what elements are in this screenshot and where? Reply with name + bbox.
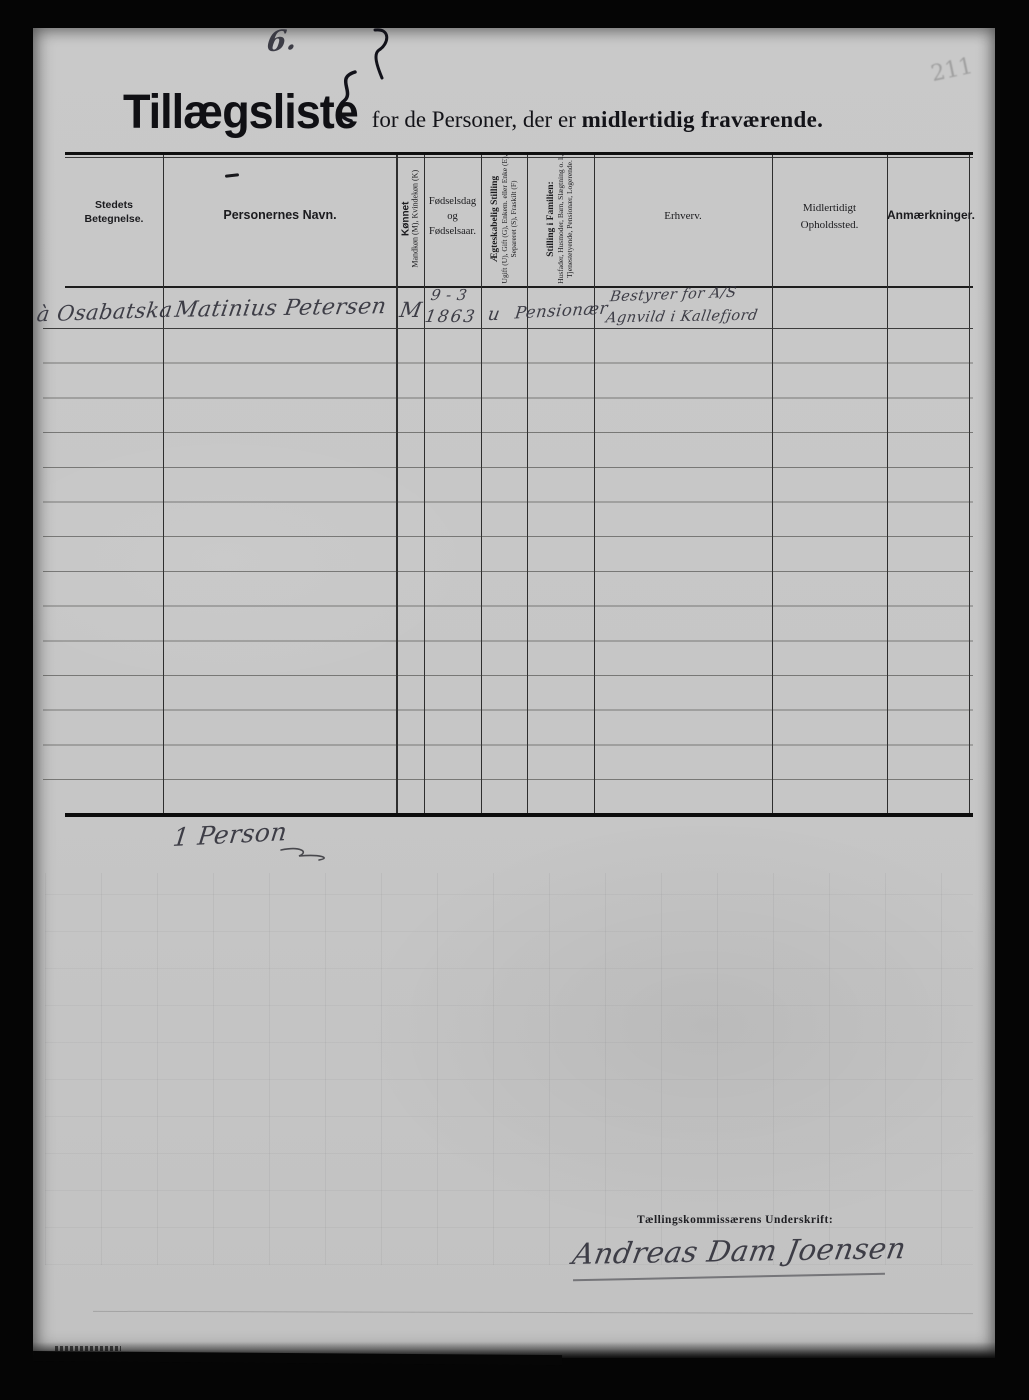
header-stedets-line2: Betegnelse. xyxy=(65,212,163,226)
signature-label: Tællingskommissærens Underskrift: xyxy=(637,1214,833,1226)
ink-squiggle-top xyxy=(369,26,395,84)
entry-konnet: M xyxy=(398,298,424,322)
table-bottom-rule xyxy=(65,813,973,817)
top-ink-mark: 6. xyxy=(265,22,299,58)
entry-fodselsaar: 1863 xyxy=(423,307,478,327)
entry-fodselsdag: 9 - 3 xyxy=(429,286,468,304)
header-stilling-sub: Husfader, Husmoder, Barn, Slægtning o. l… xyxy=(557,154,574,284)
entry-sted: à Osabatska xyxy=(35,298,174,327)
header-stedets-line1: Stedets xyxy=(65,198,163,212)
corner-pencil-mark: 211 xyxy=(929,54,975,87)
table-row-lines xyxy=(43,328,973,814)
header-bottom-rule xyxy=(65,286,973,288)
paper-crease xyxy=(93,1311,973,1314)
entry-aegteskabelig: u xyxy=(486,304,502,325)
column-header-erhverv: Erhverv. xyxy=(594,210,772,222)
paper-sheet: 6. 211 Tillægsliste for de Personer, der… xyxy=(33,28,995,1358)
ink-dash-mark xyxy=(225,173,239,177)
form-title: Tillægsliste for de Personer, der er mid… xyxy=(123,86,823,138)
column-header-anmaerkninger: Anmærkninger. xyxy=(887,208,969,222)
entry-navn: Matinius Petersen xyxy=(173,294,388,323)
form-title-main: Tillægsliste xyxy=(123,84,358,140)
bleed-through-grid xyxy=(45,873,973,1265)
header-konnet-sub: Mandkøn (M), Kvindekøn (K) xyxy=(411,154,420,284)
column-header-opholdssted: Midlertidigt Opholdssted. xyxy=(772,200,887,234)
form-title-subtitle: for de Personer, der er midlertidig frav… xyxy=(372,107,823,133)
first-row-rule xyxy=(43,328,973,329)
form-title-subtitle-bold: midlertidig fraværende. xyxy=(582,107,824,132)
commissioner-signature: Andreas Dam Joensen xyxy=(570,1231,909,1271)
entry-erhverv-line1: Bestyrer for A/S xyxy=(609,285,738,306)
summary-flourish xyxy=(171,844,311,864)
header-opholdssted-line2: Opholdssted. xyxy=(772,217,887,234)
signature-underline xyxy=(573,1273,885,1282)
header-opholdssted-line1: Midlertidigt xyxy=(772,200,887,217)
scanned-census-page: 6. 211 Tillægsliste for de Personer, der… xyxy=(0,0,1029,1400)
column-header-stedets: Stedets Betegnelse. xyxy=(65,198,163,226)
entry-erhverv-line2: Agnvild i Kallefjord xyxy=(605,308,759,327)
form-title-subtitle-regular: for de Personer, der er xyxy=(372,107,576,132)
